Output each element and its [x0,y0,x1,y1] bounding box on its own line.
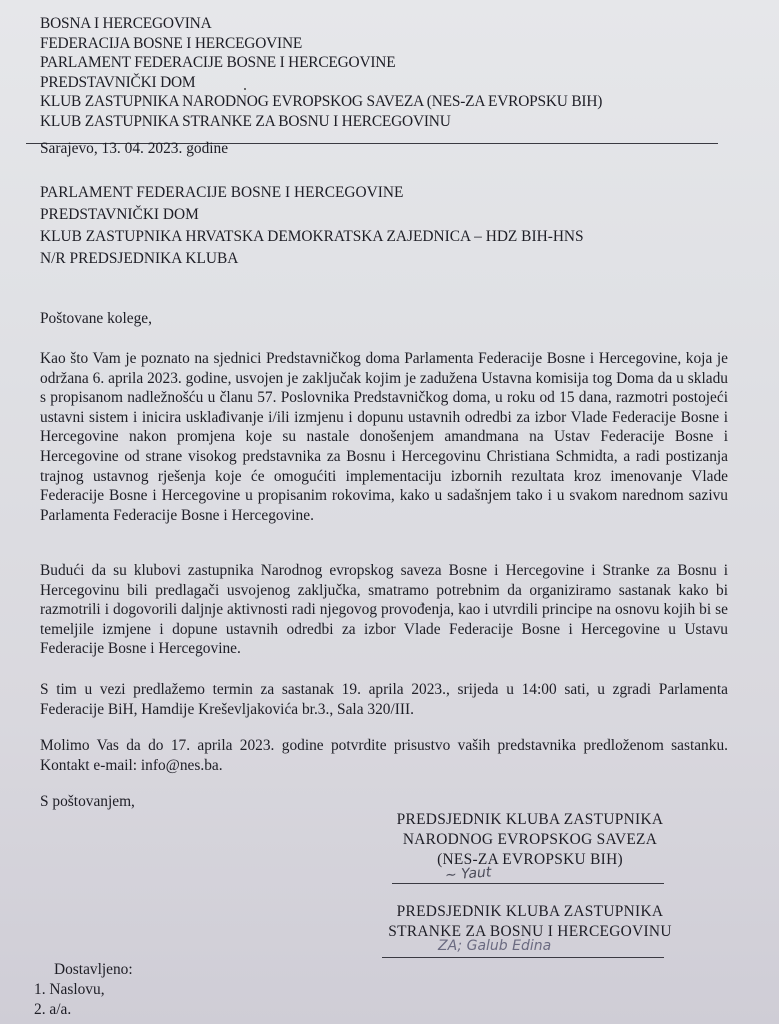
letterhead-line: KLUB ZASTUPNIKA STRANKE ZA BOSNU I HERCE… [40,112,602,132]
body-paragraph: Kao što Vam je poznato na sjednici Preds… [40,349,728,525]
recipient-line: PARLAMENT FEDERACIJE BOSNE I HERCEGOVINE [40,182,584,204]
letterhead-line: BOSNA I HERCEGOVINA [40,14,602,34]
signature-title-line: PREDSJEDNIK KLUBA ZASTUPNIKA [380,810,680,830]
letterhead-line: PREDSTAVNIČKI DOM [40,73,602,93]
signature-title-line: (NES-ZA EVROPSKU BIH) [380,850,680,870]
recipient-line: N/R PREDSJEDNIKA KLUBA [40,248,584,270]
body-paragraph: Budući da su klubovi zastupnika Narodnog… [40,561,728,659]
body-paragraph: S tim u vezi predlažemo termin za sastan… [40,680,728,719]
recipient-line: KLUB ZASTUPNIKA HRVATSKA DEMOKRATSKA ZAJ… [40,226,584,248]
letterhead-line: FEDERACIJA BOSNE I HERCEGOVINE [40,34,602,54]
signature-line [392,883,664,884]
ink-speck [244,88,246,90]
distribution-title: Dostavljeno: [54,960,133,980]
greeting: Poštovane kolege, [40,310,152,328]
signature-block-sbih: PREDSJEDNIK KLUBA ZASTUPNIKA STRANKE ZA … [380,902,680,942]
handwritten-signature: ~ Yaut [444,864,491,883]
distribution-list: Dostavljeno: 1. Naslovu, 2. a/a. [54,960,133,1020]
signature-title-line: PREDSJEDNIK KLUBA ZASTUPNIKA [380,902,680,922]
letterhead-line: KLUB ZASTUPNIKA NARODNOG EVROPSKOG SAVEZ… [40,92,602,112]
letterhead: BOSNA I HERCEGOVINA FEDERACIJA BOSNE I H… [40,14,602,131]
distribution-item: 2. a/a. [34,1000,133,1020]
letter-page: BOSNA I HERCEGOVINA FEDERACIJA BOSNE I H… [0,0,779,1024]
signature-line [382,957,664,958]
letterhead-line: PARLAMENT FEDERACIJE BOSNE I HERCEGOVINE [40,53,602,73]
recipient-line: PREDSTAVNIČKI DOM [40,204,584,226]
recipient-block: PARLAMENT FEDERACIJE BOSNE I HERCEGOVINE… [40,182,584,270]
signature-title-line: NARODNOG EVROPSKOG SAVEZA [380,830,680,850]
letter-date: Sarajevo, 13. 04. 2023. godine [40,140,228,158]
signature-block-nes: PREDSJEDNIK KLUBA ZASTUPNIKA NARODNOG EV… [380,810,680,870]
handwritten-signature: ZA; Galub Edina [438,938,551,954]
closing: S poštovanjem, [40,793,135,811]
distribution-item: 1. Naslovu, [34,980,133,1000]
body-paragraph: Molimo Vas da do 17. aprila 2023. godine… [40,736,728,775]
